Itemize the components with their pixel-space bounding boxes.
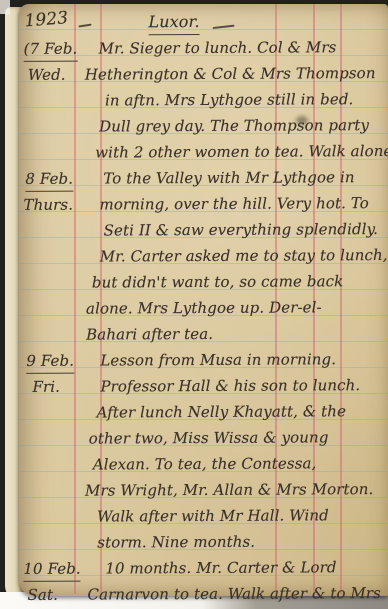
entry-line: After lunch Nelly Khayatt, & the	[97, 400, 347, 423]
entry-line: alone. Mrs Lythgoe up. Der-el-	[86, 296, 322, 319]
year-label: 1923	[24, 7, 69, 32]
entry-line: Professor Hall & his son to lunch.	[100, 374, 360, 397]
entry-day: Wed.	[28, 64, 66, 86]
entry-line: Mr. Sieger to lunch. Col & Mrs	[99, 36, 337, 59]
handwriting-layer: 1923 Luxor. (7 Feb. Wed. Mr. Sieger to l…	[0, 0, 388, 609]
entry-line: morning, over the hill. Very hot. To	[99, 192, 369, 215]
entry-line: Hetherington & Col & Mrs Thompson	[85, 62, 376, 86]
entry-line: Mrs Wright, Mr. Allan & Mrs Morton.	[85, 478, 374, 502]
diary-photo: 1923 Luxor. (7 Feb. Wed. Mr. Sieger to l…	[0, 0, 388, 609]
entry-line: other two, Miss Wissa & young	[89, 426, 329, 449]
entry-line: in aftn. Mrs Lythgoe still in bed.	[105, 88, 354, 111]
entry-line: Alexan. To tea, the Contessa,	[93, 452, 317, 475]
entry-date: 8 Feb.	[25, 168, 73, 192]
page-title: Luxor.	[148, 11, 199, 35]
entry-line: Carnarvon to tea. Walk after & to Mrs	[87, 582, 381, 606]
pen-flourish	[78, 24, 91, 28]
entry-line: storm. Nine months.	[97, 531, 255, 554]
entry-line: Seti II & saw everything splendidly.	[104, 218, 379, 241]
entry-line: but didn't want to, so came back	[92, 270, 344, 293]
entry-line: 10 months. Mr. Carter & Lord	[105, 556, 336, 579]
entry-line: Dull grey day. The Thompson party	[99, 114, 369, 137]
entry-line: with 2 other women to tea. Walk alone.	[95, 140, 388, 164]
entry-line: Bahari after tea.	[86, 323, 213, 346]
entry-day: Fri.	[32, 376, 60, 398]
entry-date: 9 Feb.	[26, 350, 74, 374]
entry-day: Sat.	[27, 584, 58, 606]
entry-line: Lesson from Musa in morning.	[100, 348, 336, 371]
entry-line: To the Valley with Mr Lythgoe in	[103, 166, 354, 189]
entry-date: 10 Feb.	[23, 558, 81, 582]
pen-flourish	[213, 25, 235, 29]
entry-line: Mr. Carter asked me to stay to lunch,	[100, 244, 388, 268]
entry-date: (7 Feb.	[24, 38, 78, 62]
entry-line: Walk after with Mr Hall. Wind	[97, 504, 329, 527]
entry-day: Thurs.	[23, 194, 73, 216]
